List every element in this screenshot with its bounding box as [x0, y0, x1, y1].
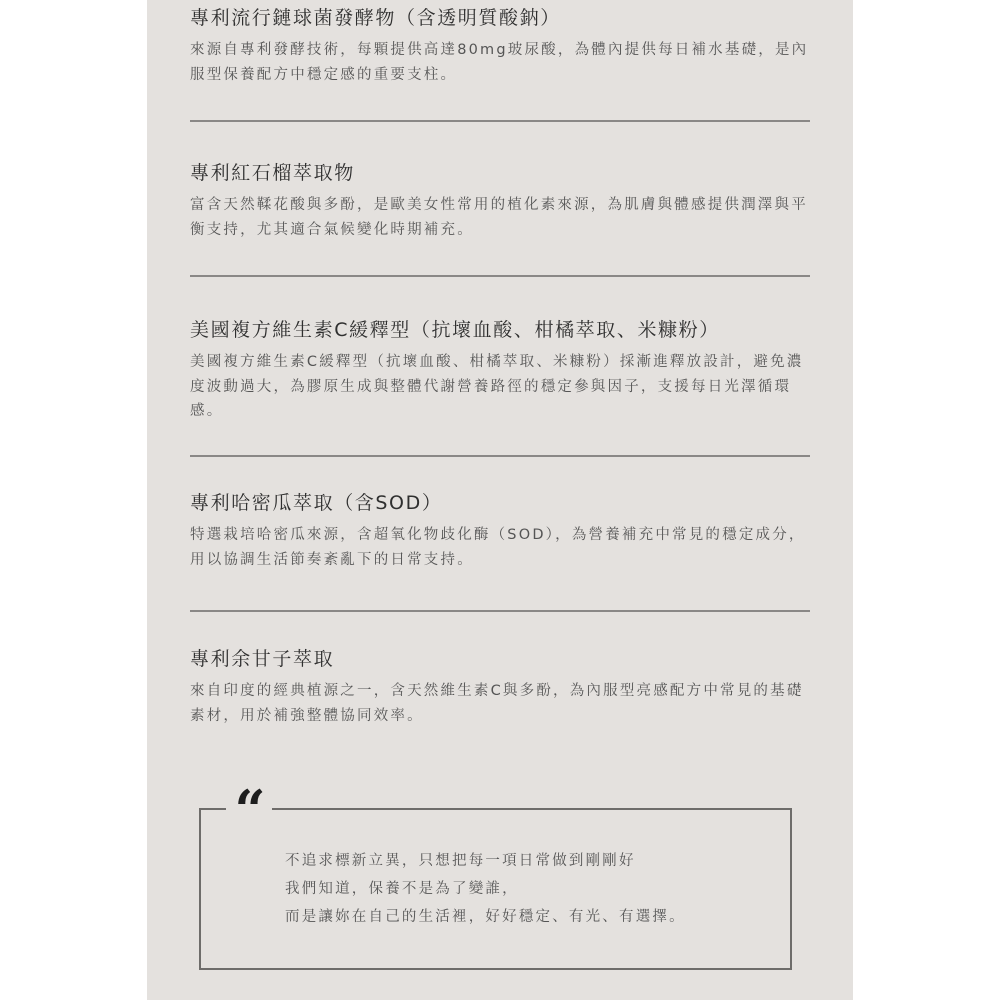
ingredient-description: 來自印度的經典植源之一，含天然維生素C與多酚，為內服型亮感配方中常見的基礎素材，…	[190, 679, 815, 728]
ingredient-description: 富含天然鞣花酸與多酚，是歐美女性常用的植化素來源，為肌膚與體感提供潤澤與平衡支持…	[190, 193, 815, 242]
ingredient-section-3: 美國複方維生素C緩釋型（抗壞血酸、柑橘萃取、米糠粉） 美國複方維生素C緩釋型（抗…	[190, 318, 812, 424]
ingredient-description: 美國複方維生素C緩釋型（抗壞血酸、柑橘萃取、米糠粉）採漸進釋放設計，避免濃度波動…	[190, 350, 815, 424]
quote-line: 而是讓妳在自己的生活裡，好好穩定、有光、有選擇。	[285, 903, 765, 931]
section-divider	[190, 275, 810, 277]
ingredient-title: 專利紅石榴萃取物	[190, 161, 812, 185]
quote-line: 不追求標新立異，只想把每一項日常做到剛剛好	[285, 847, 765, 875]
brand-quote-text: 不追求標新立異，只想把每一項日常做到剛剛好 我們知道，保養不是為了變誰， 而是讓…	[285, 847, 765, 931]
section-divider	[190, 455, 810, 457]
ingredient-description: 特選栽培哈密瓜來源，含超氧化物歧化酶（SOD），為營養補充中常見的穩定成分，用以…	[190, 523, 815, 572]
section-divider	[190, 120, 810, 122]
ingredient-section-1: 專利流行鏈球菌發酵物（含透明質酸鈉） 來源自專利發酵技術，每顆提供高達80mg玻…	[190, 6, 812, 87]
ingredient-title: 專利哈密瓜萃取（含SOD）	[190, 491, 812, 515]
ingredient-section-2: 專利紅石榴萃取物 富含天然鞣花酸與多酚，是歐美女性常用的植化素來源，為肌膚與體感…	[190, 161, 812, 242]
ingredient-section-5: 專利余甘子萃取 來自印度的經典植源之一，含天然維生素C與多酚，為內服型亮感配方中…	[190, 647, 812, 728]
quote-border-top-left	[199, 808, 226, 810]
quote-border-top-right	[272, 808, 790, 810]
ingredient-title: 專利流行鏈球菌發酵物（含透明質酸鈉）	[190, 6, 812, 30]
ingredient-title: 美國複方維生素C緩釋型（抗壞血酸、柑橘萃取、米糠粉）	[190, 318, 812, 342]
ingredient-section-4: 專利哈密瓜萃取（含SOD） 特選栽培哈密瓜來源，含超氧化物歧化酶（SOD），為營…	[190, 491, 812, 572]
content-panel: 專利流行鏈球菌發酵物（含透明質酸鈉） 來源自專利發酵技術，每顆提供高達80mg玻…	[147, 0, 853, 1000]
ingredient-description: 來源自專利發酵技術，每顆提供高達80mg玻尿酸，為體內提供每日補水基礎，是內服型…	[190, 38, 815, 87]
section-divider	[190, 610, 810, 612]
opening-quote-icon: “	[231, 783, 269, 823]
quote-line: 我們知道，保養不是為了變誰，	[285, 875, 765, 903]
ingredient-title: 專利余甘子萃取	[190, 647, 812, 671]
